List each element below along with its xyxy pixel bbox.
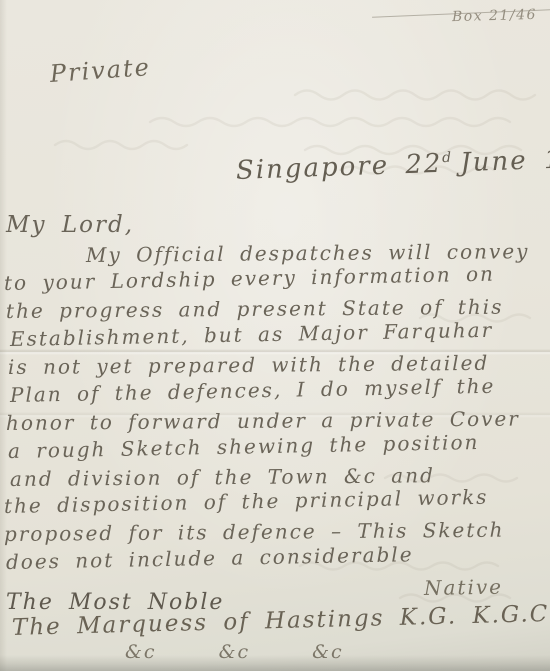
dateline: Singapore 22dJune 1819 [236,145,550,184]
dateline-ordinal: d [442,150,452,166]
archival-reference: Box 21/46 [452,7,537,25]
body-line-9: and division of the Town &c and [10,465,435,489]
body-line-3: the progress and present State of this [6,297,504,321]
catchword-native: Native [424,577,503,598]
body-line-7: honor to forward under a private Cover [6,409,520,433]
body-line-8: a rough Sketch shewing the position [8,432,480,461]
body-line-5: is not yet prepared with the detailed [8,353,489,377]
salutation: My Lord, [6,214,134,237]
body-line-4: Establishment, but as Major Farquhar [10,320,494,349]
bottom-edge-shadow [0,655,550,671]
dateline-month-year: June 1819 [460,143,550,178]
body-line-12: does not include a considerable [6,544,414,572]
body-line-6: Plan of the defences, I do myself the [10,376,496,405]
body-line-2: to your Lordship every information on [4,264,495,293]
privacy-marking: Private [49,55,151,86]
dateline-place-day: Singapore 22 [235,149,442,186]
body-line-11: proposed for its defence – This Sketch [4,520,505,544]
letter-page: Box 21/46 Private Singapore 22dJune 1819… [0,0,550,671]
body-line-10: the disposition of the principal works [4,487,489,516]
